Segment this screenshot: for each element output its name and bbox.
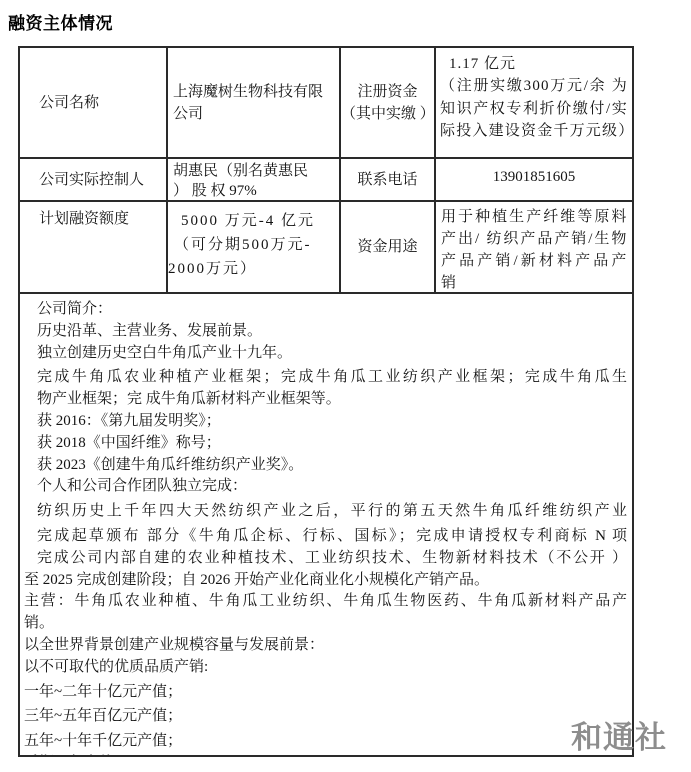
actual-controller-value: 胡惠民（别名黄惠民 ） 股 权 97% bbox=[168, 159, 341, 202]
profile-line: 以全世界背景创建产业规模容量与发展前景： bbox=[22, 635, 630, 657]
profile-line: 个人和公司合作团队独立完成： bbox=[22, 476, 630, 498]
financing-amount-line1: 5000 万元-4 亿元 bbox=[168, 209, 339, 233]
financing-amount-line2: （可分期500万元- bbox=[168, 233, 339, 257]
profile-line: 物产业框架；完 成牛角瓜新材料产业框架等。 bbox=[22, 389, 630, 411]
profile-line: 五年~十年千亿元产值； bbox=[22, 731, 630, 753]
registered-capital-label: 注册资金 （其中实缴 ） bbox=[341, 48, 436, 159]
planned-financing-value: 5000 万元-4 亿元 （可分期500万元- 2000万元） bbox=[168, 202, 341, 294]
profile-line: 主营：牛角瓜农业种植、牛角瓜工业纺织、牛角瓜生物医药、牛角瓜新材料产品产 bbox=[22, 591, 630, 613]
profile-line: 后期万亿产值。 bbox=[22, 753, 630, 755]
contact-phone-label: 联系电话 bbox=[341, 159, 436, 202]
profile-line: 历史沿革、主营业务、发展前景。 bbox=[22, 321, 630, 343]
hetongshe-watermark: 和通社 bbox=[571, 712, 667, 757]
company-name-value: 上海魔树生物科技有限 公司 bbox=[168, 48, 341, 159]
contact-phone-value: 13901851605 bbox=[436, 159, 632, 202]
financing-amount-line3: 2000万元） bbox=[168, 257, 339, 281]
profile-line: 获 2023《创建牛角瓜纤维纺织产业奖》。 bbox=[22, 455, 630, 477]
profile-line: 至 2025 完成创建阶段；自 2026 开始产业化商业化小规模化产销产品。 bbox=[22, 570, 630, 592]
document-page: 融资主体情况 公司名称 上海魔树生物科技有限 公司 注册资金 （其中实缴 ） 1… bbox=[0, 0, 691, 772]
profile-line: 纺织历史上千年四大天然纺织产业之后，平行的第五天然牛角瓜纤维纺织产业 bbox=[22, 501, 630, 523]
profile-line: 一年~二年十亿元产值； bbox=[22, 682, 630, 704]
profile-line: 以不可取代的优质品质产销: bbox=[22, 657, 630, 679]
funds-usage-value: 用于种植生产纤维等原料产出/ 纺织产品产销/生物产品产销/新材料产品产销 bbox=[436, 202, 632, 294]
profile-line: 完成起草颁布 部分《牛角瓜企标、行标、国标》；完成申请授权专利商标 N 项 bbox=[22, 526, 630, 548]
planned-financing-label: 计划融资额度 bbox=[20, 202, 168, 294]
profile-line: 完成牛角瓜农业种植产业框架；完成牛角瓜工业纺织产业框架；完成牛角瓜生 bbox=[22, 367, 630, 389]
company-name-label: 公司名称 bbox=[20, 48, 168, 159]
financing-subject-table: 公司名称 上海魔树生物科技有限 公司 注册资金 （其中实缴 ） 1.17 亿元 … bbox=[18, 46, 634, 757]
page-title: 融资主体情况 bbox=[8, 9, 113, 34]
profile-line: 三年~五年百亿元产值； bbox=[22, 706, 630, 728]
profile-line: 公司简介： bbox=[22, 299, 630, 321]
profile-line: 完成公司内部自建的农业种植技术、工业纺织技术、生物新材料技术（不公开 ） bbox=[22, 548, 630, 570]
funds-usage-label: 资金用途 bbox=[341, 202, 436, 294]
registered-capital-note: （注册实缴300万元/余 为知识产权专利折价缴付/实际投入建设资金千万元级） bbox=[440, 75, 628, 143]
profile-line: 独立创建历史空白牛角瓜产业十九年。 bbox=[22, 343, 630, 365]
registered-capital-value: 1.17 亿元 （注册实缴300万元/余 为知识产权专利折价缴付/实际投入建设资… bbox=[436, 48, 632, 159]
company-profile-cell: 公司简介： 历史沿革、主营业务、发展前景。 独立创建历史空白牛角瓜产业十九年。 … bbox=[20, 294, 632, 755]
profile-line: 销。 bbox=[22, 613, 630, 635]
profile-line: 获 2016：《第九届发明奖》； bbox=[22, 411, 630, 433]
actual-controller-label: 公司实际控制人 bbox=[20, 159, 168, 202]
registered-capital-amount: 1.17 亿元 bbox=[440, 53, 628, 75]
profile-line: 获 2018《中国纤维》称号； bbox=[22, 433, 630, 455]
